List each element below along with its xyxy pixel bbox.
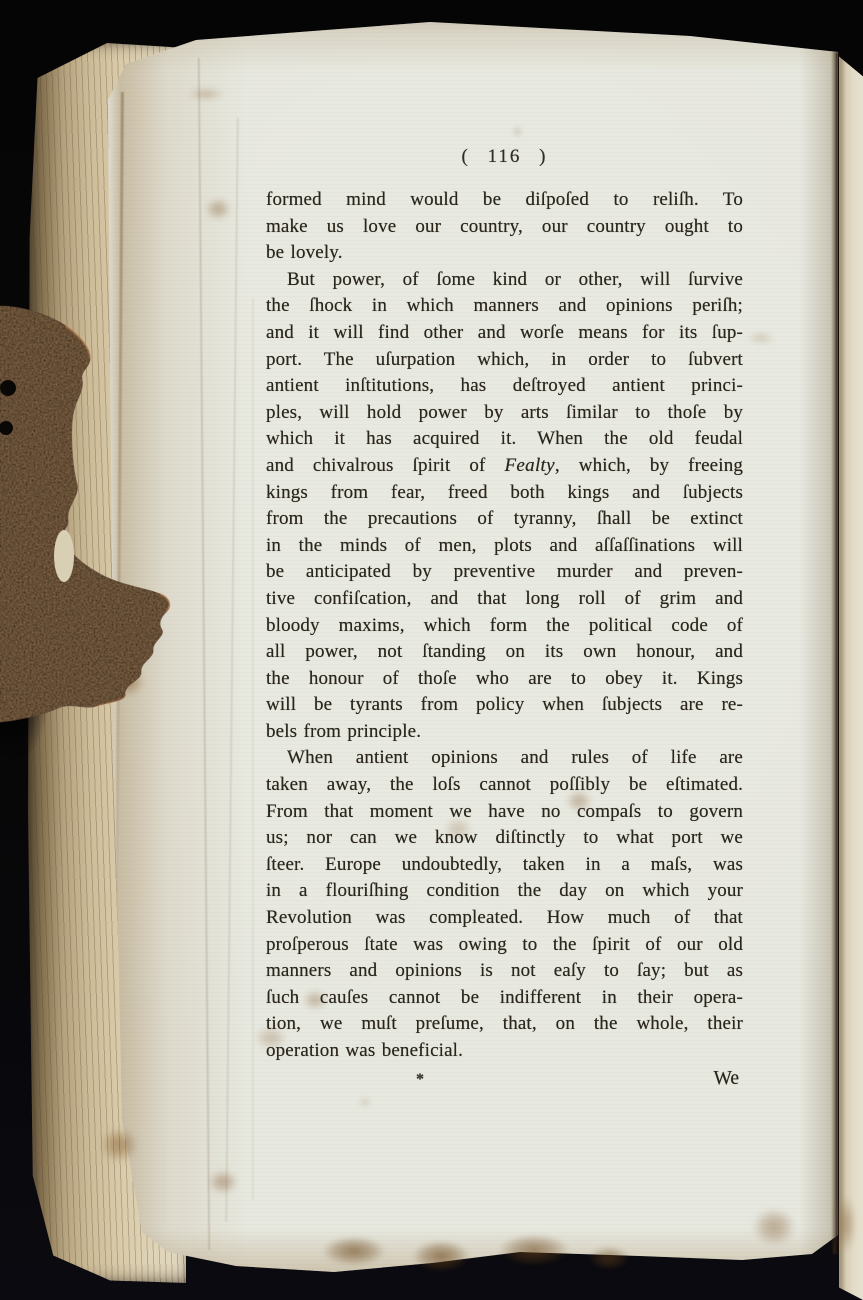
foxing-stain — [188, 88, 224, 100]
body-text: formed mind would be diſpoſed to reliſh.… — [266, 187, 743, 1065]
paragraph: formed mind would be diſpoſed to reliſh.… — [266, 187, 743, 267]
foxing-stain — [100, 1128, 138, 1162]
text-line: us; nor can we know diſtinctly to what p… — [266, 825, 743, 852]
paragraph: When antient opinions and rules of life … — [266, 745, 743, 1064]
clasp-hole — [0, 380, 16, 396]
foxing-stain — [588, 1246, 630, 1270]
text-line: from the precautions of tyranny, ſhall b… — [266, 506, 743, 533]
text-line: be anticipated by preventive murder and … — [266, 559, 743, 586]
catchword: We — [714, 1068, 740, 1090]
text-line: will be tyrants from policy when ſubject… — [266, 692, 743, 719]
text-line: When antient opinions and rules of life … — [266, 745, 743, 772]
damp-stain-line — [225, 118, 239, 1222]
damp-stain-line — [252, 298, 254, 1200]
text-line: Revolution was compleated. How much of t… — [266, 905, 743, 932]
foxing-stain — [208, 1170, 238, 1194]
text-line: all power, not ſtanding on its own honou… — [266, 639, 743, 666]
text-line: But power, of ſome kind or other, will ſ… — [266, 267, 743, 294]
text-line: and it will find other and worſe means f… — [266, 320, 743, 347]
clasp-body — [0, 306, 169, 722]
foxing-stain — [205, 198, 231, 220]
damp-stain-line — [198, 58, 210, 1250]
paragraph: But power, of ſome kind or other, will ſ… — [266, 267, 743, 746]
foxing-stain — [498, 1234, 570, 1266]
printer-ornament: * — [416, 1071, 424, 1089]
foxing-stain — [322, 1236, 386, 1266]
text-line: in the minds of men, plots and aſſaſſina… — [266, 533, 743, 560]
text-line: the ſhock in which manners and opinions … — [266, 293, 743, 320]
text-line: which it has acquired it. When the old f… — [266, 426, 743, 453]
foxing-stain — [514, 128, 521, 135]
text-line: the honour of thoſe who are to obey it. … — [266, 666, 743, 693]
text-line: bloody maxims, which form the political … — [266, 613, 743, 640]
text-line: and chivalrous ſpirit of Fealty, which, … — [266, 453, 743, 480]
foxing-stain — [412, 1240, 470, 1272]
text-line: tion, we muſt preſume, that, on the whol… — [266, 1011, 743, 1038]
foxing-stain — [360, 1098, 370, 1106]
facing-page-edge — [839, 54, 863, 1300]
text-line: From that moment we have no compaſs to g… — [266, 799, 743, 826]
text-line: proſperous ſtate was owing to the ſpirit… — [266, 932, 743, 959]
book-photograph: ( 116 ) formed mind would be diſpoſed to… — [0, 0, 863, 1300]
text-line: in a flouriſhing condition the day on wh… — [266, 878, 743, 905]
foxing-stain — [836, 1196, 856, 1252]
text-line: make us love our country, our country ou… — [266, 214, 743, 241]
text-line: tive confiſcation, and that long roll of… — [266, 586, 743, 613]
text-line: formed mind would be diſpoſed to reliſh.… — [266, 187, 743, 214]
text-line: kings from fear, freed both kings and ſu… — [266, 480, 743, 507]
text-line: manners and opinions is not eaſy to ſay;… — [266, 958, 743, 985]
text-line: ples, will hold power by arts ſimilar to… — [266, 400, 743, 427]
text-line: port. The uſurpation which, in order to … — [266, 347, 743, 374]
footer-row: * We — [266, 1068, 743, 1096]
page-number: ( 116 ) — [266, 146, 743, 168]
metal-clasp — [0, 298, 178, 730]
text-line: be lovely. — [266, 240, 743, 267]
text-line: bels from principle. — [266, 719, 743, 746]
text-line: operation was beneficial. — [266, 1038, 743, 1065]
page-text-block: ( 116 ) formed mind would be diſpoſed to… — [266, 146, 743, 1096]
text-line: taken away, the loſs cannot poſſibly be … — [266, 772, 743, 799]
text-line: ſuch cauſes cannot be indifferent in the… — [266, 985, 743, 1012]
text-line: antient inſtitutions, has deſtroyed anti… — [266, 373, 743, 400]
foxing-stain — [752, 1208, 796, 1246]
text-line: ſteer. Europe undoubtedly, taken in a ma… — [266, 852, 743, 879]
foxing-stain — [748, 332, 774, 344]
clasp-notch — [54, 530, 74, 582]
